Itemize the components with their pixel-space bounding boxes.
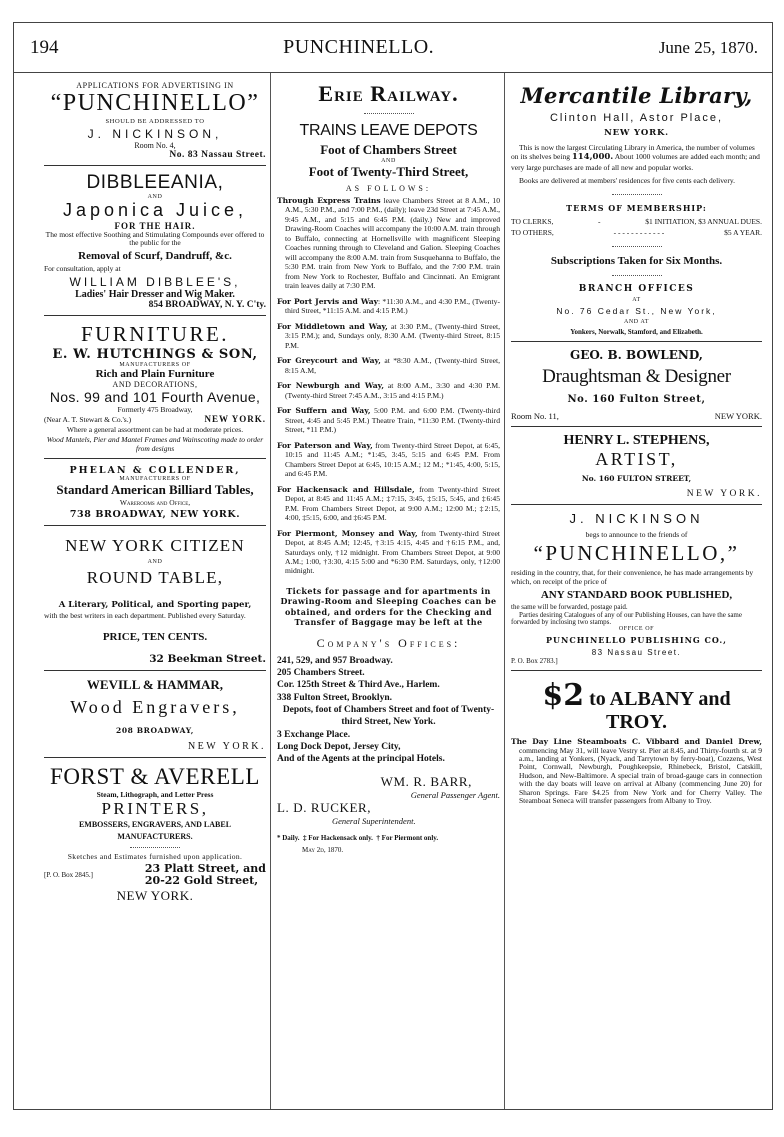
- ad-address: 854 BROADWAY, N. Y. C'ty.: [44, 300, 266, 310]
- ad-title: NEW YORK CITIZEN: [44, 536, 266, 556]
- route-name: For Port Jervis and Way: [277, 297, 378, 306]
- depot-name: Foot of Chambers Street: [277, 142, 500, 158]
- agent-name: WM. R. BARR,: [277, 774, 500, 790]
- ad-line: ANY STANDARD BOOK PUBLISHED,: [511, 589, 762, 601]
- and-at-label: AND AT: [511, 319, 762, 325]
- office-address: 3 Exchange Place.: [277, 729, 500, 741]
- office-address: Long Dock Depot, Jersey City,: [277, 741, 500, 753]
- ad-address: 738 BROADWAY, NEW YORK.: [44, 509, 266, 520]
- ad-row: (Near A. T. Stewart & Co.'s.) NEW YORK.: [44, 414, 266, 424]
- ad-forst-averell: FORST & AVERELL Steam, Lithograph, and L…: [44, 758, 266, 909]
- ad-title: “PUNCHINELLO,”: [511, 541, 762, 566]
- ad-address: No. 83 Nassau Street.: [44, 150, 266, 160]
- ad-trade: ARTIST,: [511, 449, 762, 470]
- ad-room: Room No. 11,: [511, 411, 559, 421]
- ad-dibbleeania: DIBBLEEANIA, AND Japonica Juice, FOR THE…: [44, 166, 266, 317]
- notice-date: May 2d, 1870.: [277, 846, 500, 854]
- ad-company: PUNCHINELLO PUBLISHING CO.,: [511, 635, 762, 645]
- ad-line: AND: [44, 559, 266, 565]
- volume-count: 114,000.: [572, 152, 613, 162]
- ad-description: The most effective Soothing and Stimulat…: [44, 231, 266, 248]
- ad-city: NEW YORK.: [511, 489, 762, 499]
- offices-list: 241, 529, and 957 Broadway. 205 Chambers…: [277, 655, 500, 766]
- separator: [364, 113, 414, 114]
- ad-line: Steam, Lithograph, and Letter Press: [44, 790, 266, 799]
- ad-title: “PUNCHINELLO”: [44, 90, 266, 118]
- schedule-route: For Port Jervis and Way: *11:30 A.M., an…: [277, 297, 500, 316]
- ad-pobox: P. O. Box 2783.]: [511, 657, 762, 665]
- library-location: Clinton Hall, Astor Place,: [511, 112, 762, 124]
- ad-line: For consultation, apply at: [44, 264, 266, 273]
- ad-line: EMBOSSERS, ENGRAVERS, AND LABEL MANUFACT…: [44, 819, 266, 843]
- masthead: 194 PUNCHINELLO. June 25, 1870.: [14, 23, 772, 73]
- left-column: APPLICATIONS FOR ADVERTISING IN “PUNCHIN…: [14, 73, 271, 1109]
- ad-product: Japonica Juice,: [44, 200, 266, 221]
- route-name: For Paterson and Way,: [277, 441, 373, 450]
- ad-line: begs to announce to the friends of: [511, 530, 762, 539]
- ad-description: with the best writers in each department…: [44, 610, 266, 623]
- ad-line: SHOULD BE ADDRESSED TO: [44, 118, 266, 125]
- ad-advertising-applications: APPLICATIONS FOR ADVERTISING IN “PUNCHIN…: [44, 73, 266, 166]
- ad-company: WEVILL & HAMMAR,: [44, 677, 266, 693]
- separator: [130, 847, 180, 848]
- terms-fee: $1 INITIATION, $3 ANNUAL DUES.: [645, 216, 762, 227]
- ad-body-text: commencing May 31, will leave Vestry st.…: [519, 746, 762, 805]
- branch-title: BRANCH OFFICES: [511, 284, 762, 294]
- ad-line: Standard American Billiard Tables,: [44, 482, 266, 498]
- office-address: Depots, foot of Chambers Street and foot…: [277, 704, 500, 729]
- footnote: * Daily. ‡ For Hackensack only. † For Pi…: [277, 834, 500, 842]
- ad-line: Sketches and Estimates furnished upon ap…: [44, 852, 266, 861]
- ad-pobox: [P. O. Box 2845.]: [44, 871, 93, 879]
- ad-row: [P. O. Box 2845.] 23 Platt Street, and 2…: [44, 863, 266, 888]
- middle-column: Erie Railway. TRAINS LEAVE DEPOTS Foot o…: [271, 73, 505, 1109]
- publication-title: PUNCHINELLO.: [283, 36, 434, 59]
- tickets-notice: Tickets for passage and for apartments i…: [277, 586, 500, 628]
- date-rest: 25, 1870.: [690, 38, 758, 57]
- ad-near: (Near A. T. Stewart & Co.'s.): [44, 415, 131, 424]
- depot-name: Foot of Twenty-Third Street,: [277, 164, 500, 180]
- library-title: Mercantile Library,: [511, 83, 762, 108]
- ad-albany-troy: $2 to ALBANY and TROY. The Day Line Stea…: [511, 671, 762, 810]
- page-number: 194: [30, 37, 59, 59]
- ad-stephens: HENRY L. STEPHENS, ARTIST, No. 160 FULTO…: [511, 427, 762, 505]
- ad-line: Ladies' Hair Dresser and Wig Maker.: [44, 289, 266, 300]
- schedule-route: For Piermont, Monsey and Way, from Twent…: [277, 529, 500, 576]
- office-address: Cor. 125th Street & Third Ave., Harlem.: [277, 679, 500, 691]
- ad-title: DIBBLEEANIA,: [44, 172, 266, 194]
- ad-headline: $2 to ALBANY and: [511, 681, 762, 711]
- ad-trade: Draughtsman & Designer: [511, 366, 762, 388]
- library-description: This is now the largest Circulating Libr…: [511, 143, 762, 172]
- separator: [612, 275, 662, 276]
- ad-body: The Day Line Steamboats C. Vibbard and D…: [511, 738, 762, 805]
- office-address: 205 Chambers Street.: [277, 667, 500, 679]
- ad-name: J. NICKINSON: [511, 511, 762, 526]
- superintendent-name: L. D. RUCKER,: [277, 800, 500, 816]
- ad-row: Room No. 11, NEW YORK.: [511, 411, 762, 421]
- ad-company: FORST & AVERELL: [44, 764, 266, 790]
- right-column: Mercantile Library, Clinton Hall, Astor …: [505, 73, 772, 1109]
- ad-title: FURNITURE.: [44, 322, 266, 347]
- terms-table: TO CLERKS,-$1 INITIATION, $3 ANNUAL DUES…: [511, 216, 762, 239]
- ad-line: OFFICE OF: [511, 626, 762, 632]
- branch-towns: Yonkers, Norwalk, Stamford, and Elizabet…: [511, 328, 762, 336]
- schedule-heading: TRAINS LEAVE DEPOTS: [277, 122, 500, 140]
- ad-line: Formerly 475 Broadway,: [44, 405, 266, 414]
- schedule-list: Through Express Trains leave Chambers St…: [277, 196, 500, 576]
- ad-wevill-hammar: WEVILL & HAMMAR, Wood Engravers, 208 BRO…: [44, 671, 266, 758]
- offices-title: Company's Offices:: [277, 636, 500, 651]
- agent-title: General Passenger Agent.: [277, 790, 500, 800]
- ad-name: GEO. B. BOWLEND,: [511, 348, 762, 362]
- ad-headline-text: TROY.: [511, 711, 762, 733]
- route-name: For Middletown and Way,: [277, 322, 388, 331]
- ad-line: Warerooms and Office,: [44, 498, 266, 507]
- ad-address: 20-22 Gold Street,: [145, 875, 266, 888]
- route-name: For Newburgh and Way,: [277, 381, 384, 390]
- ad-line: Wood Mantels, Pier and Mantel Frames and…: [44, 436, 266, 453]
- as-follows-label: AS FOLLOWS:: [277, 184, 500, 193]
- ad-mercantile-library: Mercantile Library, Clinton Hall, Astor …: [511, 73, 762, 341]
- route-name: Through Express Trains: [277, 196, 381, 205]
- office-address: 241, 529, and 957 Broadway.: [277, 655, 500, 667]
- ad-line: Removal of Scurf, Dandruff, &c.: [44, 250, 266, 262]
- terms-dash: -: [598, 216, 601, 227]
- ad-addresses: 23 Platt Street, and 20-22 Gold Street,: [145, 863, 266, 888]
- ad-line: Rich and Plain Furniture: [44, 368, 266, 380]
- ad-company: E. W. HUTCHINGS & SON,: [44, 347, 266, 362]
- office-address: And of the Agents at the principal Hotel…: [277, 753, 500, 765]
- ad-trade: PRINTERS,: [44, 799, 266, 819]
- route-name: For Greycourt and Way,: [277, 356, 381, 365]
- ad-city: NEW YORK.: [715, 411, 762, 421]
- ad-address: 32 Beekman Street.: [44, 653, 266, 665]
- schedule-route: For Middletown and Way, at 3:30 P.M., (T…: [277, 322, 500, 350]
- schedule-route: For Hackensack and Hillsdale, from Twent…: [277, 485, 500, 523]
- ad-name: J. NICKINSON,: [44, 127, 266, 141]
- newspaper-page: 194 PUNCHINELLO. June 25, 1870. APPLICAT…: [13, 22, 773, 1110]
- ad-furniture: FURNITURE. E. W. HUTCHINGS & SON, MANUFA…: [44, 316, 266, 459]
- separator: [612, 246, 662, 247]
- ad-nickinson: J. NICKINSON begs to announce to the fri…: [511, 505, 762, 671]
- library-delivery: Books are delivered at members' residenc…: [511, 176, 762, 185]
- ad-line: APPLICATIONS FOR ADVERTISING IN: [44, 81, 266, 90]
- schedule-route: For Newburgh and Way, at 8:00 A.M., 3:30…: [277, 381, 500, 400]
- ad-city: NEW YORK.: [44, 888, 266, 904]
- ad-city: NEW YORK.: [44, 741, 266, 752]
- schedule-route: For Paterson and Way, from Twenty-third …: [277, 441, 500, 479]
- ad-price: $2: [542, 678, 584, 713]
- separator: [612, 194, 662, 195]
- ad-description: residing in the country, that, for their…: [511, 568, 762, 586]
- office-address: 338 Fulton Street, Brooklyn.: [277, 692, 500, 704]
- ad-title: ROUND TABLE,: [44, 568, 266, 588]
- ad-line: A Literary, Political, and Sporting pape…: [44, 600, 266, 610]
- at-label: AT: [511, 297, 762, 303]
- ad-line: AND DECORATIONS,: [44, 380, 266, 389]
- superintendent-title: General Superintendent.: [277, 816, 500, 826]
- terms-who: TO OTHERS,: [511, 227, 554, 238]
- subscriptions-notice: Subscriptions Taken for Six Months.: [511, 255, 762, 267]
- route-name: For Suffern and Way,: [277, 406, 371, 415]
- ad-name: HENRY L. STEPHENS,: [511, 433, 762, 449]
- terms-fee: $5 A YEAR.: [724, 227, 762, 238]
- ad-company: PHELAN & COLLENDER,: [44, 465, 266, 476]
- terms-who: TO CLERKS,: [511, 216, 553, 227]
- ad-city: NEW YORK.: [204, 414, 266, 424]
- ad-trade: Wood Engravers,: [44, 697, 266, 718]
- ad-price: PRICE, TEN CENTS.: [44, 631, 266, 643]
- ad-bowlend: GEO. B. BOWLEND, Draughtsman & Designer …: [511, 341, 762, 427]
- route-name: For Piermont, Monsey and Way,: [277, 529, 418, 538]
- route-name: For Hackensack and Hillsdale,: [277, 485, 415, 494]
- terms-title: TERMS OF MEMBERSHIP:: [511, 203, 762, 213]
- ad-address: 83 Nassau Street.: [511, 648, 762, 657]
- terms-row: TO CLERKS,-$1 INITIATION, $3 ANNUAL DUES…: [511, 216, 762, 227]
- ad-address: 208 BROADWAY,: [44, 726, 266, 735]
- date-month: June: [659, 38, 690, 57]
- terms-row: TO OTHERS,- - - - - - - - - - - -$5 A YE…: [511, 227, 762, 238]
- schedule-route: For Suffern and Way, 5:00 P.M. and 6:00 …: [277, 406, 500, 434]
- schedule-route: Through Express Trains leave Chambers St…: [277, 196, 500, 291]
- erie-railway-title: Erie Railway.: [277, 81, 500, 107]
- ad-address: Nos. 99 and 101 Fourth Avenue,: [44, 389, 266, 405]
- ad-line: Parties desiring Catalogues of any of ou…: [511, 612, 762, 627]
- ad-headline-text: to ALBANY and: [584, 688, 731, 710]
- ad-address: No. 160 FULTON STREET,: [511, 474, 762, 483]
- terms-dash: - - - - - - - - - - - -: [614, 227, 665, 238]
- library-city: NEW YORK.: [511, 128, 762, 138]
- ad-address: No. 160 Fulton Street,: [511, 394, 762, 405]
- ad-new-york-citizen: NEW YORK CITIZEN AND ROUND TABLE, A Lite…: [44, 526, 266, 671]
- ad-name: WILLIAM DIBBLEE'S,: [44, 275, 266, 289]
- issue-date: June 25, 1870.: [659, 38, 758, 58]
- schedule-route: For Greycourt and Way, at *8:30 A.M., (T…: [277, 356, 500, 375]
- branch-address: No. 76 Cedar St., New York,: [511, 306, 762, 316]
- route-times: leave Chambers Street at 8 A.M., 10 A.M.…: [285, 196, 500, 290]
- ad-line: Where a general assortment can be had at…: [44, 426, 266, 434]
- ad-room: Room No. 4,: [44, 141, 266, 150]
- ad-phelan-collender: PHELAN & COLLENDER, MANUFACTURERS OF Sta…: [44, 459, 266, 526]
